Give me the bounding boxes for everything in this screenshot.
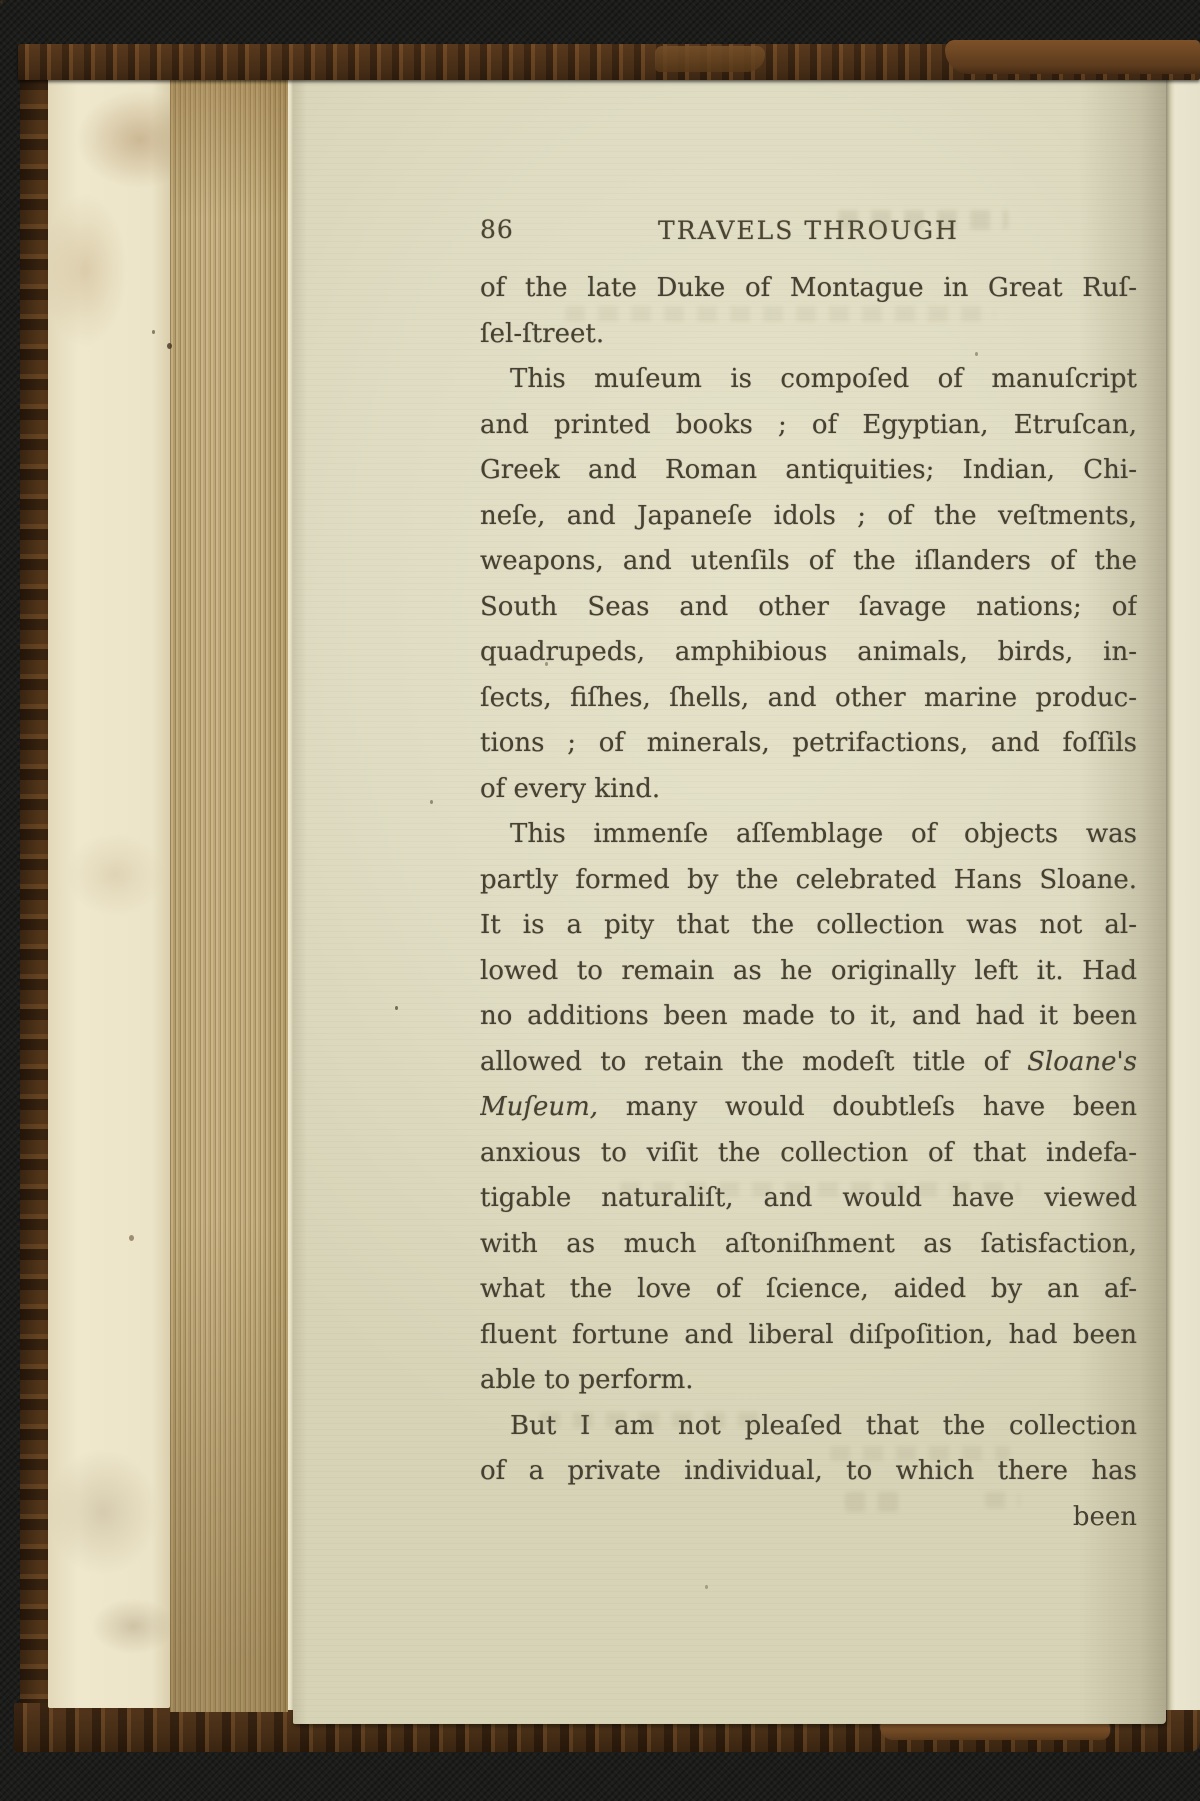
text-segment: anxious to viſit the collection of that … [480,1138,1137,1168]
text-segment: weapons, and utenſils of the iſlanders o… [480,546,1137,576]
body-line: tions ; of minerals, petrifactions, and … [480,721,1137,767]
text-segment: tions ; of minerals, petrifactions, and … [480,728,1137,758]
bottom-leather-highlight [880,1722,1110,1740]
body-line: Greek and Roman antiquities; Indian, Chi… [480,448,1137,494]
endpaper-flyleaf [48,74,170,1708]
text-segment: no additions been made to it, and had it… [480,1001,1137,1031]
text-segment: South Seas and other ſavage nations; of [480,592,1137,622]
body-line: quadrupeds, amphibious animals, birds, i… [480,630,1137,676]
text-segment: and printed books ; of Egyptian, Etruſca… [480,410,1137,440]
body-line: able to perform. [480,1358,1137,1404]
text-segment: Greek and Roman antiquities; Indian, Chi… [480,455,1137,485]
text-segment: of the late Duke of Montague in Great Ru… [480,273,1137,303]
text-segment: ſel-ſtreet. [480,319,604,349]
paper-specks [0,0,3,4]
ink-bleedthrough [838,210,1008,230]
next-leaf-edge [1166,70,1200,1710]
book-scan-photo: 86 TRAVELS THROUGH of the late Duke of M… [0,0,1200,1801]
text-segment: able to perform. [480,1365,694,1395]
ink-bleedthrough [985,1492,1020,1508]
body-line: partly formed by the celebrated Hans Slo… [480,858,1137,904]
body-line: with as much aſtoniſhment as ſatisfactio… [480,1222,1137,1268]
text-segment: ſects, fiſhes, ſhells, and other marine … [480,683,1137,713]
text-segment: It is a pity that the collection was not… [480,910,1137,940]
body-line: Muſeum, many would doubtleſs have been [480,1085,1137,1131]
body-line: and printed books ; of Egyptian, Etruſca… [480,403,1137,449]
body-line: lowed to remain as he originally left it… [480,949,1137,995]
page-headline: 86 TRAVELS THROUGH [480,215,1137,249]
text-segment: neſe, and Japaneſe idols ; of the veſtme… [480,501,1137,531]
ink-bleedthrough [565,306,995,322]
book-page: 86 TRAVELS THROUGH of the late Duke of M… [293,74,1166,1724]
text-segment: This muſeum is compoſed of manuſcript [510,364,1137,394]
catchword: been [480,1495,1137,1541]
ink-bleedthrough [830,1446,1010,1461]
ink-bleedthrough [620,1182,1020,1197]
body-line: what the love of ſcience, aided by an af… [480,1267,1137,1313]
body-line: anxious to viſit the collection of that … [480,1131,1137,1177]
text-segment: of every kind. [480,774,660,804]
text-segment: partly formed by the celebrated Hans Slo… [480,865,1137,895]
body-line: South Seas and other ſavage nations; of [480,585,1137,631]
italic-text-segment: Sloane's [1027,1047,1137,1077]
text-segment: what the love of ſcience, aided by an af… [480,1274,1137,1304]
text-segment: with as much aſtoniſhment as ſatisfactio… [480,1229,1137,1259]
ink-bleedthrough [540,1412,770,1428]
text-segment: of a private individual, to which there … [480,1456,1137,1486]
body-line: weapons, and utenſils of the iſlanders o… [480,539,1137,585]
body-line: no additions been made to it, and had it… [480,994,1137,1040]
body-line: ſects, fiſhes, ſhells, and other marine … [480,676,1137,722]
body-line: neſe, and Japaneſe idols ; of the veſtme… [480,494,1137,540]
text-segment: lowed to remain as he originally left it… [480,956,1137,986]
body-line: of every kind. [480,767,1137,813]
text-segment: This immenſe aſſemblage of objects was [510,819,1137,849]
body-line: of the late Duke of Montague in Great Ru… [480,266,1137,312]
top-leather-fold [945,40,1200,74]
running-header: TRAVELS THROUGH [480,216,1137,245]
italic-text-segment: Muſeum, [480,1092,598,1122]
text-segment: allowed to retain the modeſt title of [480,1047,1027,1077]
body-line: This immenſe aſſemblage of objects was [480,812,1137,858]
body-line: fluent fortune and liberal diſpoſition, … [480,1313,1137,1359]
body-lines: of the late Duke of Montague in Great Ru… [480,266,1137,1540]
body-line: of a private individual, to which there … [480,1449,1137,1495]
text-segment: many would doubtleſs have been [598,1092,1137,1122]
body-line: This muſeum is compoſed of manuſcript [480,357,1137,403]
body-line: allowed to retain the modeſt title of Sl… [480,1040,1137,1086]
body-line: It is a pity that the collection was not… [480,903,1137,949]
text-segment: fluent fortune and liberal diſpoſition, … [480,1320,1137,1350]
ink-bleedthrough-signature-mark [845,1492,900,1512]
text-segment: quadrupeds, amphibious animals, birds, i… [480,637,1137,667]
page-block-fore-edge [170,72,288,1712]
top-leather-bump [655,46,765,72]
